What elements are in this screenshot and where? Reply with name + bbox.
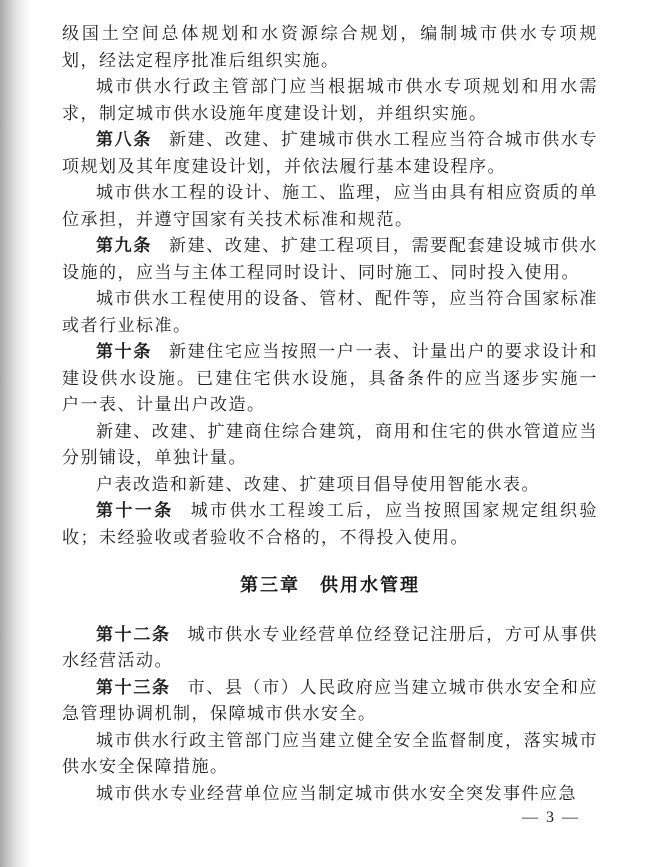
paragraph-continuation: 级国土空间总体规划和水资源综合规划，编制城市供水专项规划，经法定程序批准后组织实… — [62, 21, 598, 74]
article-number-label: 第八条 — [96, 130, 152, 149]
paragraph-text: 城市供水行政主管部门应当根据城市供水专项规划和用水需求，制定城市供水设施年度建设… — [62, 77, 598, 123]
scan-shadow-left-edge — [0, 0, 30, 867]
article-paragraph-10: 第十条新建住宅应当按照一户一表、计量出户的要求设计和建设供水设施。已建住宅供水设… — [62, 339, 598, 419]
page-number: — 3 — — [522, 809, 580, 827]
paragraph-text: 城市供水工程的设计、施工、监理，应当由具有相应资质的单位承担，并遵守国家有关技术… — [62, 183, 598, 229]
chapter-heading: 第三章 供用水管理 — [62, 572, 598, 599]
article-number-label: 第十条 — [96, 342, 152, 361]
article-number-label: 第十一条 — [96, 501, 174, 520]
paragraph-text: 新建、改建、扩建商住综合建筑，商用和住宅的供水管道应当分别铺设，单独计量。 — [62, 422, 598, 468]
paragraph-text: 户表改造和新建、改建、扩建项目倡导使用智能水表。 — [96, 475, 540, 494]
page-content: 级国土空间总体规划和水资源综合规划，编制城市供水专项规划，经法定程序批准后组织实… — [62, 21, 598, 807]
paragraph-text: 城市供水工程使用的设备、管材、配件等，应当符合国家标准或者行业标准。 — [62, 289, 598, 335]
article-number-label: 第十二条 — [96, 625, 171, 644]
article-paragraph-13: 第十三条市、县（市）人民政府应当建立城市供水安全和应急管理协调机制，保障城市供水… — [62, 675, 598, 728]
paragraph-text: 城市供水专业经营单位应当制定城市供水安全突发事件应急 — [96, 784, 577, 803]
paragraph: 城市供水行政主管部门应当根据城市供水专项规划和用水需求，制定城市供水设施年度建设… — [62, 74, 598, 127]
article-paragraph-9: 第九条新建、改建、扩建工程项目，需要配套建设城市供水设施的，应当与主体工程同时设… — [62, 233, 598, 286]
paragraph-cutoff: 城市供水专业经营单位应当制定城市供水安全突发事件应急 — [62, 781, 598, 808]
paragraph: 城市供水行政主管部门应当建立健全安全监督制度，落实城市供水安全保障措施。 — [62, 728, 598, 781]
article-paragraph-11: 第十一条城市供水工程竣工后，应当按照国家规定组织验收；未经验收或者验收不合格的，… — [62, 498, 598, 551]
paragraph: 户表改造和新建、改建、扩建项目倡导使用智能水表。 — [62, 472, 598, 499]
article-number-label: 第九条 — [96, 236, 152, 255]
paragraph: 新建、改建、扩建商住综合建筑，商用和住宅的供水管道应当分别铺设，单独计量。 — [62, 419, 598, 472]
article-paragraph-12: 第十二条城市供水专业经营单位经登记注册后，方可从事供水经营活动。 — [62, 622, 598, 675]
paragraph: 城市供水工程的设计、施工、监理，应当由具有相应资质的单位承担，并遵守国家有关技术… — [62, 180, 598, 233]
document-page: 级国土空间总体规划和水资源综合规划，编制城市供水专项规划，经法定程序批准后组织实… — [0, 0, 660, 867]
paragraph: 城市供水工程使用的设备、管材、配件等，应当符合国家标准或者行业标准。 — [62, 286, 598, 339]
article-number-label: 第十三条 — [96, 678, 171, 697]
paragraph-text: 级国土空间总体规划和水资源综合规划，编制城市供水专项规划，经法定程序批准后组织实… — [62, 24, 598, 70]
paragraph-text: 城市供水行政主管部门应当建立健全安全监督制度，落实城市供水安全保障措施。 — [62, 731, 598, 777]
article-paragraph-8: 第八条新建、改建、扩建城市供水工程应当符合城市供水专项规划及其年度建设计划，并依… — [62, 127, 598, 180]
